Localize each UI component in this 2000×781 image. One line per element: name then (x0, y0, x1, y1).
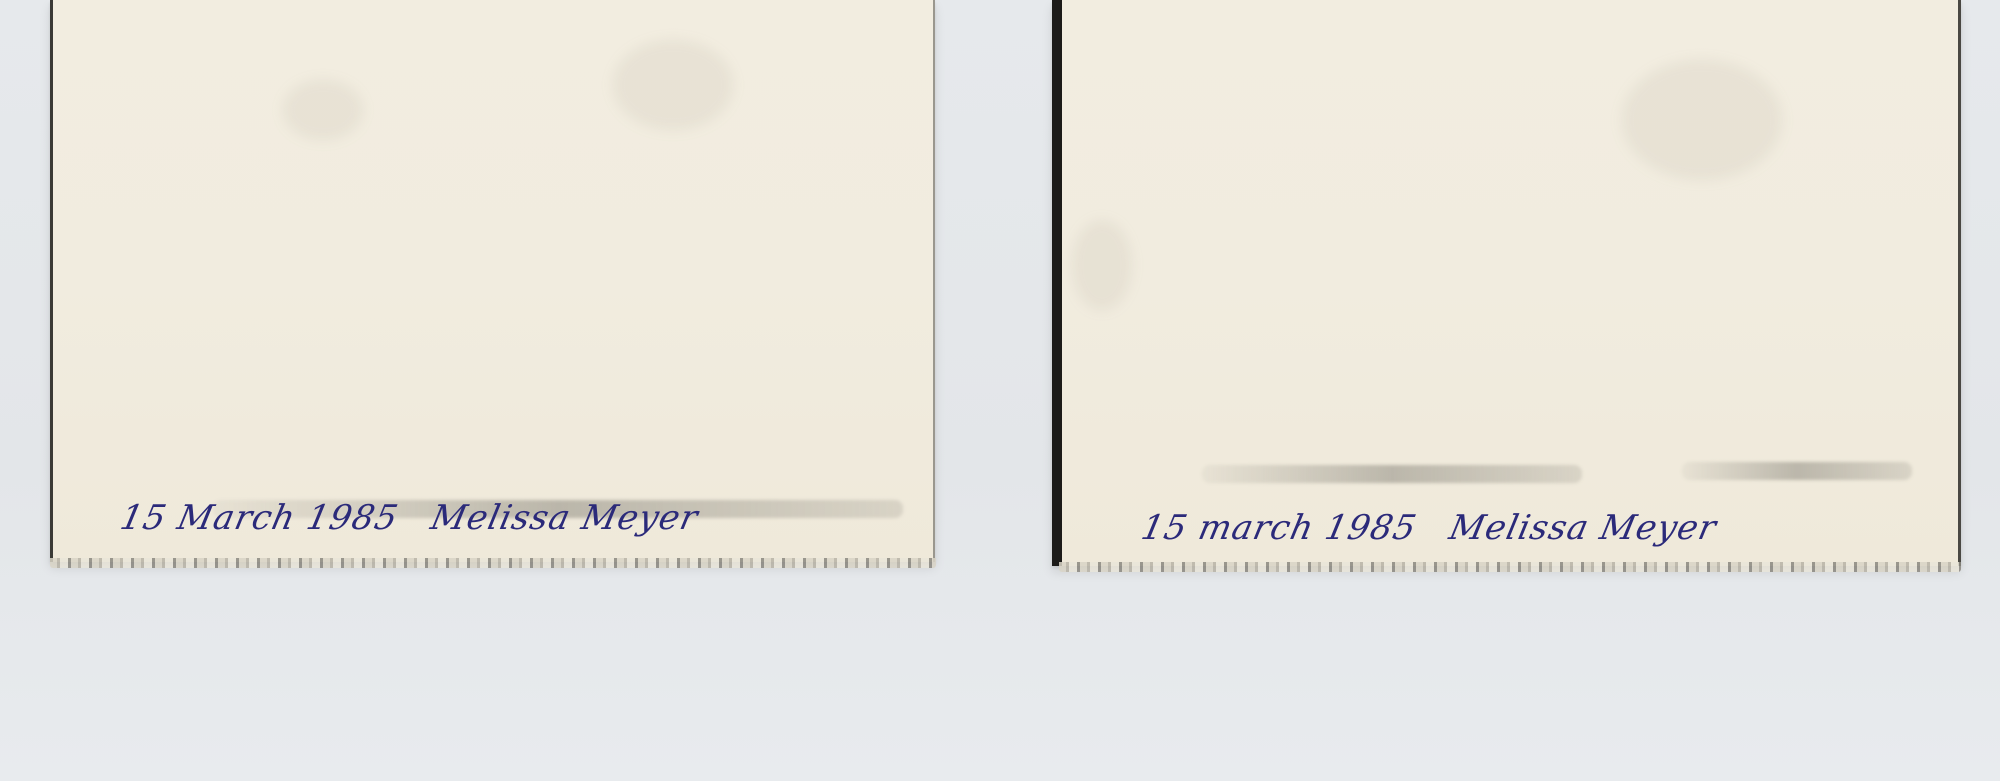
inscription-signature: Melissa Meyer (427, 498, 702, 538)
paper-stain (1072, 220, 1132, 310)
paper-stain (283, 80, 363, 140)
handwritten-inscription-left: 15 March 1985 Melissa Meyer (117, 498, 702, 538)
deckle-edge (1059, 562, 1961, 572)
inscription-date: 15 March 1985 (117, 498, 402, 538)
paper-sheet-left: 15 March 1985 Melissa Meyer (50, 0, 935, 562)
deckle-edge (50, 558, 936, 568)
paper-stain (613, 40, 733, 130)
graphite-smudge (1202, 465, 1582, 483)
graphite-smudge (1682, 462, 1912, 480)
paper-stain (1622, 60, 1782, 180)
handwritten-inscription-right: 15 march 1985 Melissa Meyer (1138, 508, 1721, 548)
inscription-signature: Melissa Meyer (1446, 508, 1721, 548)
paper-sheet-right: 15 march 1985 Melissa Meyer (1052, 0, 1961, 566)
inscription-date: 15 march 1985 (1138, 508, 1421, 548)
